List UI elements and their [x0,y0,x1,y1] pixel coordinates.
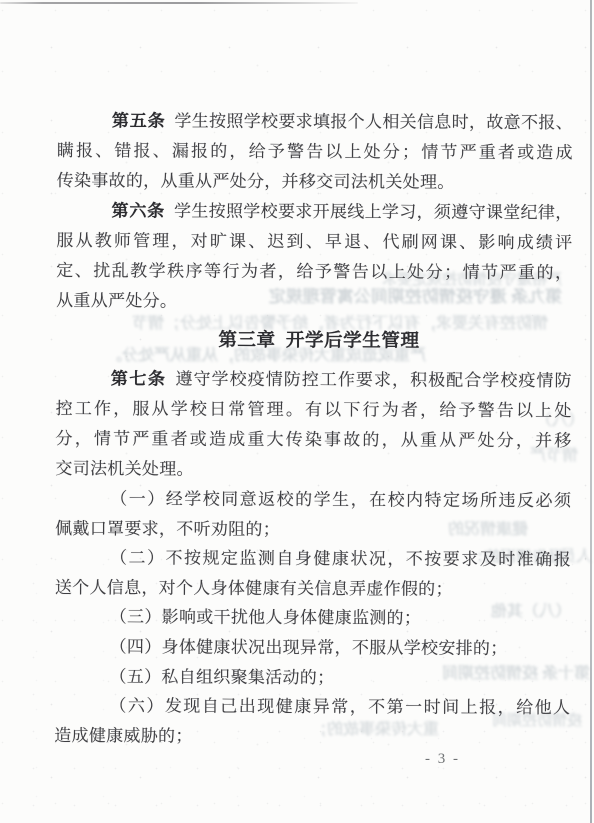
item-1-line-2: 佩戴口罩要求，不听劝阻的； [55,514,571,546]
scanned-document-page: 严格遵守疫情防控规定要求 第九条 遵守疫情防控期间公寓管理规定 情防控有关要求，… [0,0,594,823]
scan-smudge-top [0,2,358,4]
item-2-line-2: 送个人信息，对个人身体健康有关信息弄虚作假的； [55,573,571,605]
item-4-line-1: （四）身体健康状况出现异常，不服从学校安排的； [55,632,571,664]
page-number: - 3 - [425,751,460,768]
article-7-line-3: 分，情节严重者或造成重大传染事故的，从重从严处分，并移 [55,424,571,456]
item-3-line-1: （三）影响或干扰他人身体健康监测的； [55,602,571,634]
article-5-number: 第五条 [112,111,166,130]
item-5-line-1: （五）私自组织聚集活动的； [54,662,570,694]
article-5-line-2: 瞒报、错报、漏报的，给予警告以上处分；情节严重者或造成 [57,136,573,168]
article-7-line-4: 交司法机关处理。 [55,454,571,486]
article-5-text-1: 学生按照学校要求填报个人相关信息时，故意不报、 [174,112,573,133]
document-body: 第五条学生按照学校要求填报个人相关信息时，故意不报、 瞒报、错报、漏报的，给予警… [54,106,573,753]
article-7-number: 第七条 [111,369,167,388]
item-6-line-1: （六）发现自己出现健康异常，不第一时间上报，给他人 [54,691,570,723]
article-6-line-1: 第六条学生按照学校要求开展线上学习，须遵守课堂纪律， [56,196,572,228]
article-6-line-3: 定、扰乱教学秩序等行为者，给予警告以上处分；情节严重的， [56,256,572,288]
article-6-line-4: 从重从严处分。 [56,286,572,318]
article-6-text-1: 学生按照学校要求开展线上学习，须遵守课堂纪律， [174,202,573,223]
article-5-line-3: 传染事故的，从重从严处分，并移交司法机关处理。 [57,166,573,198]
article-6-line-2: 服从教师管理，对旷课、迟到、早退、代刷网课、影响成绩评 [56,226,572,258]
article-7-text-1: 遵守学校疫情防控工作要求，积极配合学校疫情防 [175,370,571,391]
chapter-heading: 第三章 开学后学生管理 [66,325,572,357]
article-7-line-1: 第七条遵守学校疫情防控工作要求，积极配合学校疫情防 [56,364,572,396]
item-2-line-1: （二）不按规定监测自身健康状况，不按要求及时准确报 [55,543,571,575]
article-5-line-1: 第五条学生按照学校要求填报个人相关信息时，故意不报、 [57,106,573,138]
article-7-line-2: 控工作，服从学校日常管理。有以下行为者，给予警告以上处 [56,394,572,426]
scan-edge-line [590,0,592,823]
item-6-line-2: 造成健康威胁的； [54,721,570,753]
item-1-line-1: （一）经学校同意返校的学生，在校内特定场所违反必须 [55,484,571,516]
article-6-number: 第六条 [112,201,166,220]
